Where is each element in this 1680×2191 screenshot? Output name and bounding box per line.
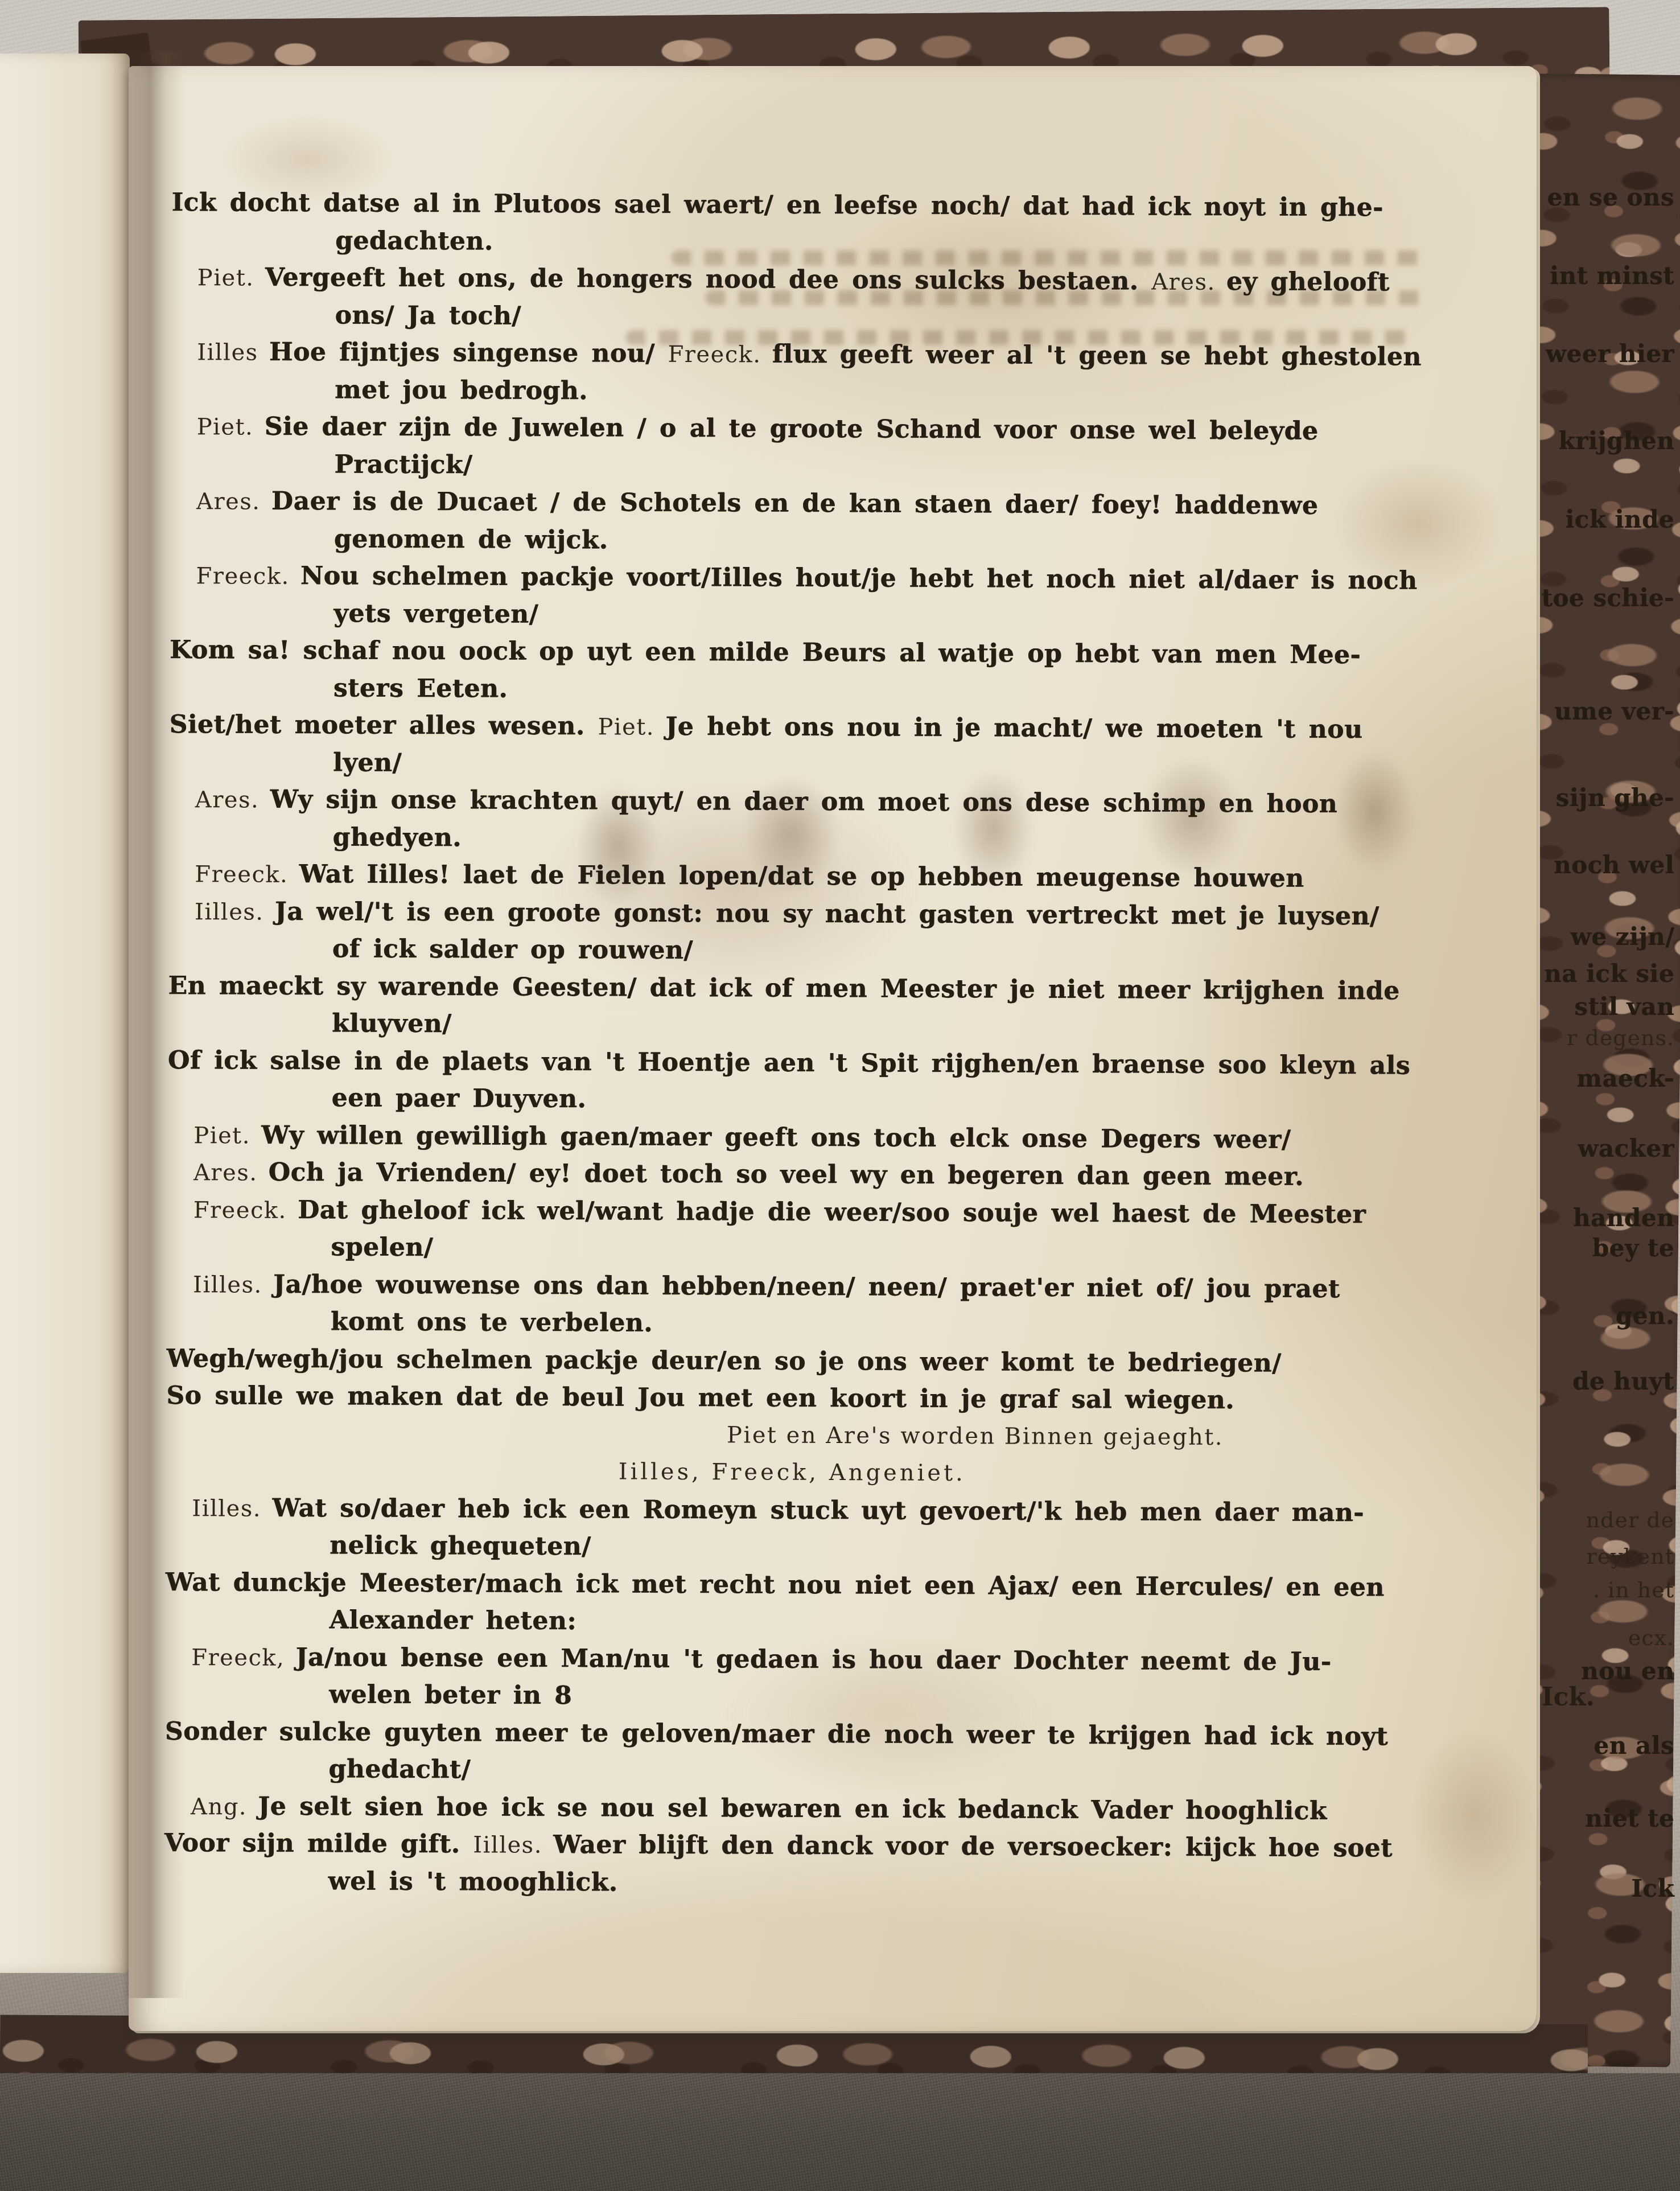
text-segment: Dat gheloof ick wel/want hadje die weer/… — [298, 1195, 1366, 1228]
book-photo: { "document": { "language": "Dutch (17th… — [0, 0, 1680, 2191]
text-line: En maeckt sy warende Geesten/ dat ick of… — [168, 967, 1477, 1010]
text-line: komt ons te verbelen. — [167, 1302, 1476, 1346]
catchword: Ick. — [1542, 1683, 1595, 1712]
left-page-fragment: niet te — [1585, 1804, 1674, 1832]
text-segment: Wat so/daer heb ick een Romeyn stuck uyt… — [272, 1493, 1364, 1527]
page-text-block: Ick docht datse al in Plutoos sael waert… — [164, 184, 1480, 1905]
text-segment: Ja wel/'t is een groote gonst: nou sy na… — [275, 897, 1380, 930]
text-line: spelen/ — [167, 1228, 1476, 1271]
left-page-fragment: noch wel — [1554, 851, 1674, 879]
text-line: ghedyen. — [168, 817, 1477, 861]
left-page-fragment: maeck- — [1576, 1064, 1674, 1092]
text-segment: komt ons te verbelen. — [331, 1307, 653, 1337]
text-segment: wel is 't mooghlick. — [328, 1867, 617, 1897]
text-line: Freeck, Ja/nou bense een Man/nu 't gedae… — [165, 1638, 1474, 1681]
left-page-fragment: int minst — [1550, 262, 1674, 290]
left-page-fragment: en se ons — [1547, 183, 1674, 211]
text-line: nelick ghequeten/ — [166, 1526, 1475, 1569]
text-line: ons/ Ja toch/ — [171, 295, 1480, 339]
text-segment: Wy sijn onse krachten quyt/ en daer om m… — [270, 785, 1337, 819]
left-page-fragment: nou en — [1581, 1657, 1674, 1685]
left-page-fragment: we zijn/ — [1571, 923, 1674, 951]
text-line: Ares. Wy sijn onse krachten quyt/ en dae… — [169, 780, 1478, 824]
text-segment: of ick salder op rouwen/ — [332, 934, 693, 965]
text-segment: kluyven/ — [332, 1009, 452, 1038]
text-line: welen beter in 8 — [165, 1675, 1474, 1719]
text-segment: spelen/ — [331, 1232, 433, 1262]
speaker-tag: Iilles. — [195, 899, 275, 926]
text-segment: Ja/hoe wouwense ons dan hebben/neen/ nee… — [273, 1269, 1340, 1303]
left-page-fragment: de huyt — [1572, 1367, 1674, 1395]
text-segment: Waer blijft den danck voor de versoecker… — [553, 1830, 1393, 1863]
left-page-fragment: ick inde — [1565, 505, 1674, 533]
left-page-fragment: na ick sie — [1544, 960, 1674, 988]
text-line: Alexander heten: — [165, 1601, 1474, 1644]
text-segment: Voor sijn milde gift. — [164, 1828, 473, 1859]
text-segment: ghedyen. — [332, 823, 462, 852]
speaker-tag: Piet. — [193, 1123, 261, 1149]
text-segment: Wy willen gewilligh gaen/maer geeft ons … — [261, 1120, 1291, 1154]
left-page-fragment: en als — [1593, 1732, 1674, 1760]
left-page-fragment: weer hier — [1546, 340, 1674, 368]
dark-cloth-surface — [0, 2073, 1680, 2191]
speaker-tag: Freeck. — [195, 861, 299, 888]
text-line: Iilles. Wat so/daer heb ick een Romeyn s… — [166, 1489, 1475, 1532]
text-segment: Alexander heten: — [329, 1605, 577, 1635]
left-page-fragment: gen. — [1616, 1302, 1674, 1330]
text-line: lyen/ — [169, 743, 1478, 786]
text-line: Ang. Je selt sien hoe ick se nou sel bew… — [164, 1787, 1473, 1830]
left-page-fragment: ecx. — [1628, 1625, 1674, 1650]
speaker-tag: Ang. — [191, 1794, 258, 1820]
left-page-fragment: stil van — [1574, 993, 1674, 1021]
speaker-tag: Ares. — [1151, 269, 1226, 296]
text-segment: Nou schelmen packje voort/Iilles hout/je… — [300, 561, 1418, 595]
text-segment: een paer Duyven. — [331, 1083, 586, 1113]
text-line: Freeck. Dat gheloof ick wel/want hadje d… — [167, 1190, 1476, 1234]
speaker-tag: Freeck, — [191, 1645, 295, 1671]
text-segment: Sie daer zijn de Juwelen / o al te groot… — [265, 412, 1319, 446]
text-line: Siet/het moeter alles wesen. Piet. Je he… — [169, 706, 1478, 749]
text-segment: Iilles, Freeck, Angeniet. — [619, 1458, 966, 1486]
text-line: Iilles. Ja wel/'t is een groote gonst: n… — [168, 892, 1477, 935]
text-line: Iilles. Ja/hoe wouwense ons dan hebben/n… — [167, 1265, 1476, 1308]
left-page-fragment: Ick — [1631, 1875, 1674, 1902]
text-line: gedachten. — [171, 221, 1480, 264]
text-line: Wat dunckje Meester/mach ick met recht n… — [166, 1563, 1475, 1606]
text-segment: Hoe fijntjes singense nou/ — [269, 338, 668, 368]
text-segment: Och ja Vrienden/ ey! doet toch so veel w… — [269, 1158, 1304, 1191]
text-line: Iilles Hoe fijntjes singense nou/ Freeck… — [171, 333, 1480, 376]
text-segment: Ick docht datse al in Plutoos sael waert… — [171, 188, 1383, 222]
left-page-fragment: handen — [1573, 1204, 1674, 1232]
text-line: kluyven/ — [168, 1004, 1477, 1047]
left-page-fragment: sijn ghe- — [1555, 784, 1674, 812]
text-line: Sonder sulcke guyten meer te geloven/mae… — [165, 1712, 1474, 1756]
text-segment: ons/ Ja toch/ — [335, 301, 521, 330]
text-line: Ares. Daer is de Ducaet / de Schotels en… — [170, 482, 1479, 525]
text-segment: Of ick salse in de plaets van 't Hoentje… — [168, 1045, 1410, 1080]
left-page-edge — [0, 54, 130, 1973]
speaker-tag: Freeck. — [193, 1197, 298, 1224]
text-line: Piet. Sie daer zijn de Juwelen / o al te… — [171, 408, 1480, 451]
text-line: een paer Duyven. — [167, 1079, 1476, 1122]
speaker-tag: Iilles. — [192, 1495, 272, 1522]
text-line: Piet. Wy willen gewilligh gaen/maer geef… — [167, 1116, 1476, 1159]
left-page-fragment: r degens. — [1567, 1025, 1674, 1050]
text-line: met jou bedrogh. — [171, 370, 1480, 413]
text-segment: Je hebt ons nou in je macht/ we moeten '… — [665, 712, 1362, 744]
text-segment: Wat dunckje Meester/mach ick met recht n… — [166, 1567, 1385, 1601]
text-line: Freeck. Wat Iilles! laet de Fielen lopen… — [168, 855, 1477, 898]
text-line: Iilles, Freeck, Angeniet. — [166, 1452, 1475, 1495]
text-segment: flux geeft weer al 't geen se hebt ghest… — [772, 340, 1422, 372]
text-line: Practijck/ — [170, 445, 1479, 488]
text-line: Voor sijn milde gift. Iilles. Waer blijf… — [164, 1824, 1473, 1868]
speaker-tag: Piet. — [197, 414, 265, 441]
left-page-fragment: krijghen — [1558, 427, 1674, 455]
text-segment: Wegh/wegh/jou schelmen packje deur/en so… — [166, 1343, 1281, 1378]
text-line: of ick salder op rouwen/ — [168, 930, 1477, 973]
left-page-fragment: bey te — [1592, 1234, 1674, 1262]
text-line: ghedacht/ — [164, 1750, 1473, 1793]
speaker-tag: Piet. — [598, 714, 665, 741]
text-segment: Kom sa! schaf nou oock op uyt een milde … — [170, 635, 1361, 669]
text-segment: En maeckt sy warende Geesten/ dat ick of… — [168, 971, 1399, 1005]
left-page-fragment: wacker — [1578, 1134, 1674, 1162]
text-line: sters Eeten. — [170, 668, 1479, 712]
text-line: Piet. Vergeeft het ons, de hongers nood … — [171, 258, 1480, 302]
text-segment: Siet/het moeter alles wesen. — [169, 710, 598, 741]
text-segment: Vergeeft het ons, de hongers nood dee on… — [265, 263, 1152, 296]
speaker-tag: Iilles. — [473, 1832, 553, 1859]
text-line: Freeck. Nou schelmen packje voort/Iilles… — [170, 557, 1479, 600]
speaker-tag: Ares. — [196, 488, 271, 515]
text-line: yets vergeten/ — [170, 594, 1479, 637]
left-page-fragment: reykent — [1587, 1544, 1674, 1569]
left-page-fragment: . in het — [1593, 1577, 1674, 1602]
text-segment: Practijck/ — [334, 450, 472, 479]
text-segment: So sulle we maken dat de beul Jou met ee… — [166, 1381, 1234, 1415]
text-segment: Daer is de Ducaet / de Schotels en de ka… — [271, 487, 1319, 520]
speaker-tag: Iilles. — [193, 1272, 273, 1298]
text-segment: welen beter in 8 — [329, 1680, 572, 1710]
text-line: Of ick salse in de plaets van 't Hoentje… — [168, 1041, 1477, 1084]
text-segment: Je selt sien hoe ick se nou sel bewaren … — [258, 1791, 1327, 1825]
text-line: So sulle we maken dat de beul Jou met ee… — [166, 1377, 1475, 1420]
text-line: Piet en Are's worden Binnen gejaeght. — [166, 1414, 1475, 1457]
speaker-tag: Freeck. — [196, 563, 300, 590]
left-page-fragment: ume ver- — [1554, 697, 1674, 725]
text-segment: Wat Iilles! laet de Fielen lopen/dat se … — [299, 860, 1304, 893]
speaker-tag: Ares. — [193, 1160, 269, 1186]
text-line: Wegh/wegh/jou schelmen packje deur/en so… — [166, 1339, 1475, 1383]
text-segment: lyen/ — [333, 748, 402, 778]
text-segment: yets vergeten/ — [333, 599, 538, 629]
text-segment: Piet en Are's worden Binnen gejaeght. — [727, 1422, 1224, 1450]
text-segment: met jou bedrogh. — [335, 375, 588, 405]
text-segment: gedachten. — [335, 226, 493, 256]
speaker-tag: Iilles — [197, 339, 269, 366]
text-line: wel is 't mooghlick. — [164, 1861, 1473, 1905]
text-segment: ey ghelooft — [1226, 267, 1390, 297]
text-line: Ick docht datse al in Plutoos sael waert… — [171, 184, 1480, 227]
text-segment: genomen de wijck. — [334, 524, 608, 554]
speaker-tag: Ares. — [195, 787, 270, 813]
text-segment: ghedacht/ — [328, 1754, 471, 1784]
text-segment: sters Eeten. — [333, 673, 508, 703]
text-line: Kom sa! schaf nou oock op uyt een milde … — [170, 631, 1479, 675]
speaker-tag: Piet. — [197, 265, 265, 291]
left-page-fragment: toe schie- — [1541, 584, 1674, 612]
text-segment: Ja/nou bense een Man/nu 't gedaen is hou… — [295, 1642, 1331, 1676]
speaker-tag: Freeck. — [668, 342, 772, 368]
text-line: Ares. Och ja Vrienden/ ey! doet toch so … — [167, 1153, 1476, 1197]
text-segment: nelick ghequeten/ — [330, 1531, 591, 1561]
text-segment: Sonder sulcke guyten meer te geloven/mae… — [165, 1716, 1389, 1750]
text-line: genomen de wijck. — [170, 519, 1479, 562]
left-page-fragment: nder de — [1586, 1507, 1674, 1532]
